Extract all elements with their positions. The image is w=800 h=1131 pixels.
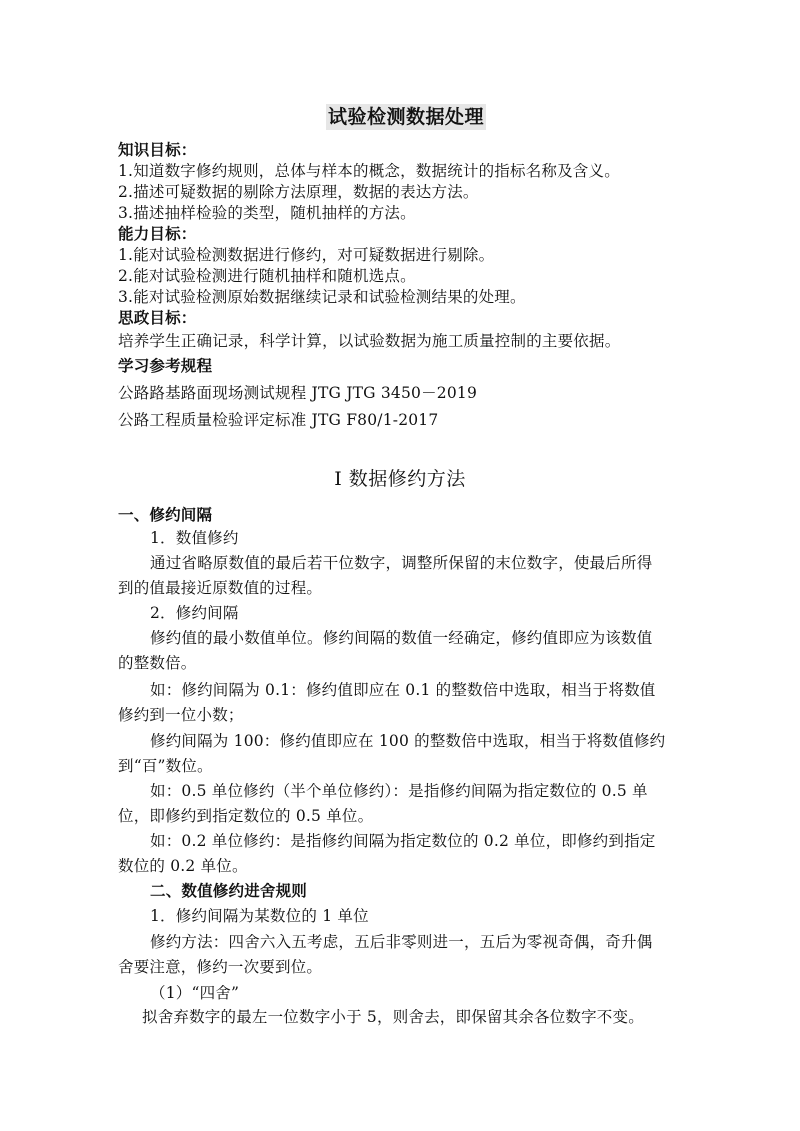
ideology-objective-text: 培养学生正确记录，科学计算，以试验数据为施工质量控制的主要依据。 — [118, 331, 620, 351]
item-title: 2．修约间隔 — [150, 603, 239, 623]
paragraph-line: 到的值最接近原数值的过程。 — [118, 578, 322, 598]
ideology-objectives-heading: 思政目标： — [118, 308, 197, 328]
subsection-heading: 一、修约间隔 — [118, 505, 212, 525]
reference-item: 公路工程质量检验评定标准 JTG F80/1-2017 — [118, 410, 438, 430]
reference-item: 公路路基路面现场测试规程 JTG JTG 3450－2019 — [118, 383, 477, 403]
paragraph-line: 修约值的最小数值单位。修约间隔的数值一经确定，修约值即应为该数值 — [150, 628, 652, 648]
item-title: 1．修约间隔为某数位的 1 单位 — [150, 906, 369, 926]
rule-title: （1）“四舍” — [150, 983, 239, 1003]
knowledge-objective-item: 2.描述可疑数据的剔除方法原理，数据的表达方法。 — [118, 182, 479, 202]
knowledge-objective-item: 3.描述抽样检验的类型，随机抽样的方法。 — [118, 203, 416, 223]
references-heading: 学习参考规程 — [118, 356, 212, 376]
ability-objective-item: 1.能对试验检测数据进行修约，对可疑数据进行剔除。 — [118, 245, 494, 265]
paragraph-line: 修约到一位小数； — [118, 705, 244, 725]
document-page: 试验检测数据处理 知识目标： 1.知道数字修约规则，总体与样本的概念，数据统计的… — [0, 0, 800, 1131]
subsection-heading: 二、数值修约进舍规则 — [150, 881, 307, 901]
paragraph-line: 拟舍弃数字的最左一位数字小于 5，则舍去，即保留其余各位数字不变。 — [142, 1007, 644, 1027]
paragraph-line: 通过省略原数值的最后若干位数字，调整所保留的末位数字，使最后所得 — [150, 553, 652, 573]
paragraph-line: 修约方法：四舍六入五考虑，五后非零则进一，五后为零视奇偶，奇升偶 — [150, 932, 652, 952]
paragraph-line: 如：0.2 单位修约：是指修约间隔为指定数位的 0.2 单位，即修约到指定 — [150, 831, 655, 851]
paragraph-line: 如：0.5 单位修约（半个单位修约）：是指修约间隔为指定数位的 0.5 单 — [150, 781, 648, 801]
item-title: 1．数值修约 — [150, 528, 239, 548]
paragraph-line: 修约间隔为 100：修约值即应在 100 的整数倍中选取，相当于将数值修约 — [150, 731, 665, 751]
paragraph-line: 到“百”数位。 — [118, 756, 213, 776]
knowledge-objectives-heading: 知识目标： — [118, 140, 197, 160]
ability-objective-item: 3.能对试验检测原始数据继续记录和试验检测结果的处理。 — [118, 287, 526, 307]
paragraph-line: 如：修约间隔为 0.1：修约值即应在 0.1 的整数倍中选取，相当于将数值 — [150, 680, 655, 700]
section-title: Ⅰ 数据修约方法 — [0, 466, 800, 492]
ability-objective-item: 2.能对试验检测进行随机抽样和随机选点。 — [118, 266, 416, 286]
paragraph-line: 的整数倍。 — [118, 653, 197, 673]
knowledge-objective-item: 1.知道数字修约规则，总体与样本的概念，数据统计的指标名称及含义。 — [118, 161, 620, 181]
paragraph-line: 舍要注意，修约一次要到位。 — [118, 957, 322, 977]
ability-objectives-heading: 能力目标： — [118, 224, 197, 244]
paragraph-line: 位，即修约到指定数位的 0.5 单位。 — [118, 806, 373, 826]
document-title: 试验检测数据处理 — [326, 104, 486, 130]
paragraph-line: 数位的 0.2 单位。 — [118, 856, 248, 876]
